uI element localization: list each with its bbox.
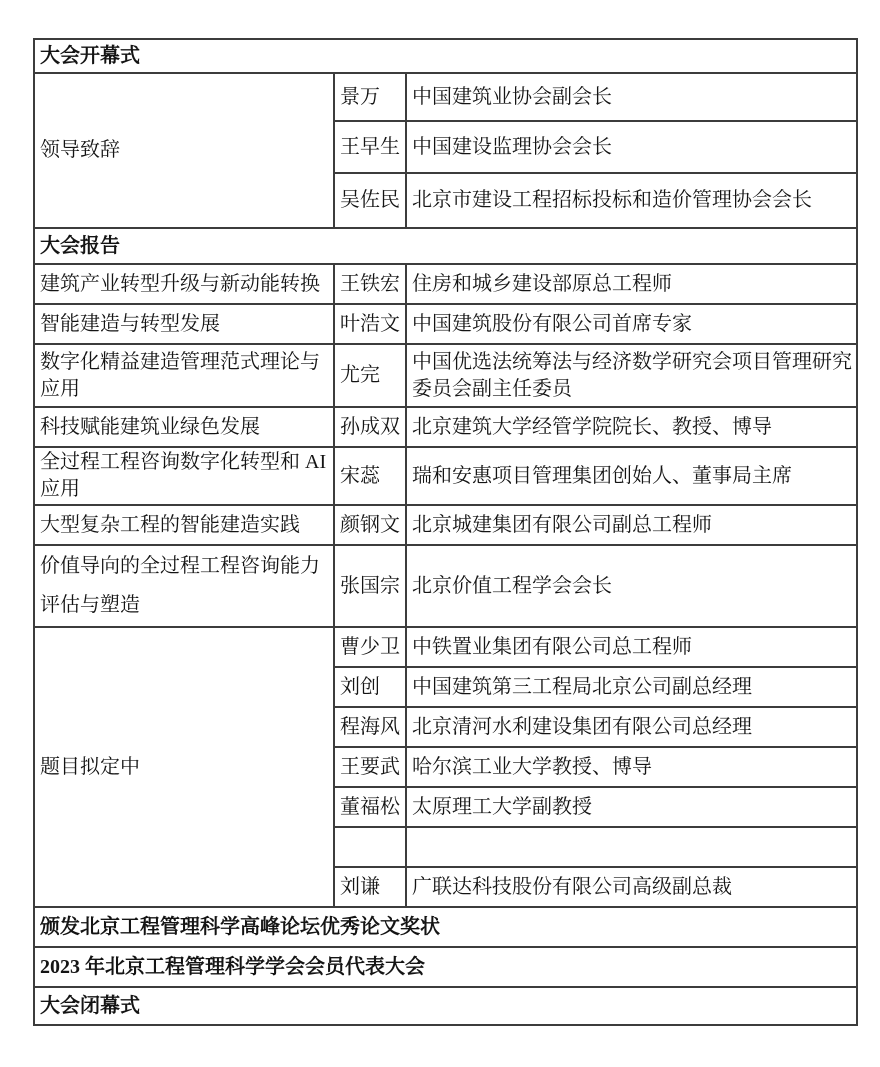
speaker-title-cell: 中国建设监理协会会长	[406, 121, 857, 173]
section-header-member-assembly: 2023 年北京工程管理科学学会会员代表大会	[34, 947, 857, 987]
table-row: 2023 年北京工程管理科学学会会员代表大会	[34, 947, 857, 987]
speaker-title-cell	[406, 827, 857, 867]
table-row: 大会闭幕式	[34, 987, 857, 1025]
speaker-title-cell: 北京市建设工程招标投标和造价管理协会会长	[406, 173, 857, 228]
topic-cell: 数字化精益建造管理范式理论与应用	[34, 344, 334, 407]
speaker-name-cell: 刘谦	[334, 867, 406, 907]
speaker-name-cell: 宋蕊	[334, 447, 406, 505]
speaker-name-cell: 孙成双	[334, 407, 406, 447]
conference-agenda-document: 大会开幕式 领导致辞 景万 中国建筑业协会副会长 王早生 中国建设监理协会会长 …	[33, 38, 858, 1026]
speaker-name-cell	[334, 827, 406, 867]
table-row: 全过程工程咨询数字化转型和 AI 应用 宋蕊 瑞和安惠项目管理集团创始人、董事局…	[34, 447, 857, 505]
speaker-name-cell: 吴佐民	[334, 173, 406, 228]
speaker-title-cell: 北京城建集团有限公司副总工程师	[406, 505, 857, 545]
speaker-title-cell: 北京清河水利建设集团有限公司总经理	[406, 707, 857, 747]
speaker-title-cell: 北京价值工程学会会长	[406, 545, 857, 627]
speaker-name-cell: 程海风	[334, 707, 406, 747]
speaker-title-cell: 中国建筑第三工程局北京公司副总经理	[406, 667, 857, 707]
agenda-item-cell-pending: 题目拟定中	[34, 627, 334, 907]
speaker-name-cell: 张国宗	[334, 545, 406, 627]
speaker-title-cell: 中国建筑股份有限公司首席专家	[406, 304, 857, 344]
speaker-name-cell: 王要武	[334, 747, 406, 787]
table-row: 科技赋能建筑业绿色发展 孙成双 北京建筑大学经管学院院长、教授、博导	[34, 407, 857, 447]
speaker-name-cell: 刘创	[334, 667, 406, 707]
speaker-title-cell: 住房和城乡建设部原总工程师	[406, 264, 857, 304]
speaker-title-cell: 中国建筑业协会副会长	[406, 73, 857, 121]
table-row: 领导致辞 景万 中国建筑业协会副会长	[34, 73, 857, 121]
section-header-awards: 颁发北京工程管理科学高峰论坛优秀论文奖状	[34, 907, 857, 947]
speaker-title-cell: 中国优选法统筹法与经济数学研究会项目管理研究委员会副主任委员	[406, 344, 857, 407]
topic-cell: 全过程工程咨询数字化转型和 AI 应用	[34, 447, 334, 505]
speaker-title-cell: 哈尔滨工业大学教授、博导	[406, 747, 857, 787]
section-header-reports: 大会报告	[34, 228, 857, 264]
speaker-title-cell: 中铁置业集团有限公司总工程师	[406, 627, 857, 667]
topic-cell: 大型复杂工程的智能建造实践	[34, 505, 334, 545]
speaker-name-cell: 董福松	[334, 787, 406, 827]
speaker-name-cell: 王铁宏	[334, 264, 406, 304]
speaker-title-cell: 北京建筑大学经管学院院长、教授、博导	[406, 407, 857, 447]
agenda-table: 大会开幕式 领导致辞 景万 中国建筑业协会副会长 王早生 中国建设监理协会会长 …	[33, 38, 858, 1026]
speaker-name-cell: 叶浩文	[334, 304, 406, 344]
topic-cell: 科技赋能建筑业绿色发展	[34, 407, 334, 447]
speaker-name-cell: 尤完	[334, 344, 406, 407]
topic-cell: 建筑产业转型升级与新动能转换	[34, 264, 334, 304]
agenda-item-cell: 领导致辞	[34, 73, 334, 228]
table-row: 智能建造与转型发展 叶浩文 中国建筑股份有限公司首席专家	[34, 304, 857, 344]
speaker-name-cell: 王早生	[334, 121, 406, 173]
speaker-title-cell: 广联达科技股份有限公司高级副总裁	[406, 867, 857, 907]
table-row: 题目拟定中 曹少卫 中铁置业集团有限公司总工程师	[34, 627, 857, 667]
speaker-name-cell: 颜钢文	[334, 505, 406, 545]
table-row: 大会开幕式	[34, 39, 857, 73]
speaker-title-cell: 太原理工大学副教授	[406, 787, 857, 827]
table-row: 价值导向的全过程工程咨询能力评估与塑造 张国宗 北京价值工程学会会长	[34, 545, 857, 627]
topic-cell: 价值导向的全过程工程咨询能力评估与塑造	[34, 545, 334, 627]
table-row: 大会报告	[34, 228, 857, 264]
table-row: 颁发北京工程管理科学高峰论坛优秀论文奖状	[34, 907, 857, 947]
section-header-opening: 大会开幕式	[34, 39, 857, 73]
table-row: 建筑产业转型升级与新动能转换 王铁宏 住房和城乡建设部原总工程师	[34, 264, 857, 304]
speaker-title-cell: 瑞和安惠项目管理集团创始人、董事局主席	[406, 447, 857, 505]
section-header-closing: 大会闭幕式	[34, 987, 857, 1025]
table-row: 大型复杂工程的智能建造实践 颜钢文 北京城建集团有限公司副总工程师	[34, 505, 857, 545]
speaker-name-cell: 景万	[334, 73, 406, 121]
topic-cell: 智能建造与转型发展	[34, 304, 334, 344]
speaker-name-cell: 曹少卫	[334, 627, 406, 667]
table-row: 数字化精益建造管理范式理论与应用 尤完 中国优选法统筹法与经济数学研究会项目管理…	[34, 344, 857, 407]
